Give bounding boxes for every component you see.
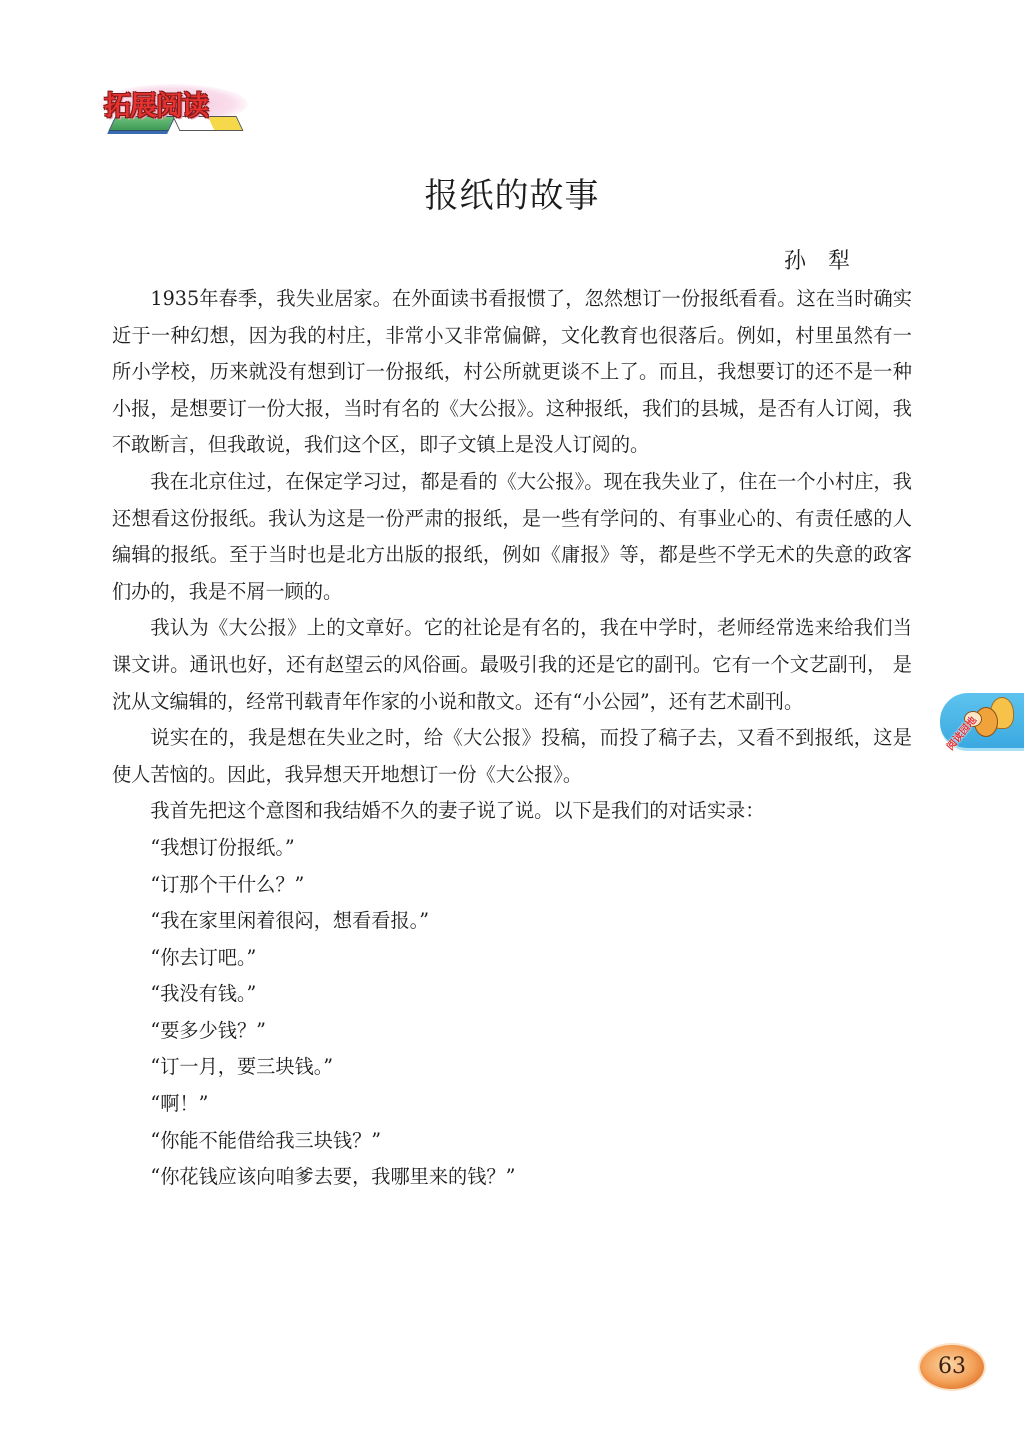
dialogue-line: “你花钱应该向咱爹去要，我哪里来的钱？” (112, 1159, 912, 1196)
paragraph: 说实在的，我是想在失业之时，给《大公报》投稿，而投了稿子去，又看不到报纸，这是使… (112, 720, 912, 793)
dialogue-line: “我在家里闲着很闷，想看看报。” (112, 903, 912, 940)
dialogue-line: “订那个干什么？” (112, 867, 912, 904)
dialogue-line: “要多少钱？” (112, 1013, 912, 1050)
side-section-tab: 阅读园地 (940, 693, 1024, 751)
dialogue-line: “我想订份报纸。” (112, 830, 912, 867)
side-tab-label: 阅读园地 (942, 712, 979, 752)
paragraph: 我认为《大公报》上的文章好。它的社论是有名的，我在中学时，老师经常选来给我们当课… (112, 610, 912, 720)
dialogue-line: “订一月，要三块钱。” (112, 1049, 912, 1086)
article-body: 1935年春季，我失业居家。在外面读书看报惯了，忽然想订一份报纸看看。这在当时确… (112, 281, 912, 1196)
section-badge: 拓展阅读 (98, 78, 248, 138)
dialogue-line: “你能不能借给我三块钱？” (112, 1123, 912, 1160)
paragraph: 1935年春季，我失业居家。在外面读书看报惯了，忽然想订一份报纸看看。这在当时确… (112, 281, 912, 464)
dialogue-line: “我没有钱。” (112, 976, 912, 1013)
dialogue-line: “你去订吧。” (112, 940, 912, 977)
paragraph: 我首先把这个意图和我结婚不久的妻子说了说。以下是我们的对话实录： (112, 793, 912, 830)
dialogue-line: “啊！” (112, 1086, 912, 1123)
page-number: 63 (920, 1345, 984, 1389)
paragraph: 我在北京住过，在保定学习过，都是看的《大公报》。现在我失业了，住在一个小村庄，我… (112, 464, 912, 610)
article-title: 报纸的故事 (0, 168, 1024, 217)
section-badge-label: 拓展阅读 (104, 84, 208, 123)
article-author: 孙 犁 (784, 244, 850, 275)
